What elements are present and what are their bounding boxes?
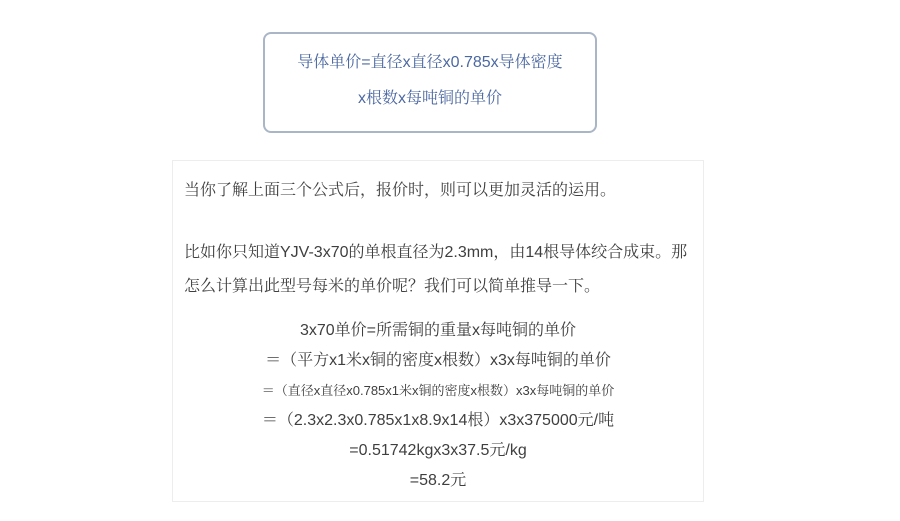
derivation-line: ＝（平方x1米x铜的密度x根数）x3x每吨铜的单价	[184, 346, 692, 376]
derivation-line: 3x70单价=所需铜的重量x每吨铜的单价	[184, 316, 692, 346]
intro-paragraph: 当你了解上面三个公式后，报价时，则可以更加灵活的运用。	[184, 174, 692, 208]
derivation: 3x70单价=所需铜的重量x每吨铜的单价＝（平方x1米x铜的密度x根数）x3x每…	[184, 316, 692, 496]
conductor-price-formula-box: 导体单价=直径x直径x0.785x导体密度 x根数x每吨铜的单价	[263, 32, 597, 133]
derivation-line: =58.2元	[184, 466, 692, 496]
formula-line-1: 导体单价=直径x直径x0.785x导体密度	[265, 45, 595, 81]
explanation-box: 当你了解上面三个公式后，报价时，则可以更加灵活的运用。 比如你只知道YJV-3x…	[172, 160, 704, 502]
example-paragraph: 比如你只知道YJV-3x70的单根直径为2.3mm，由14根导体绞合成束。那怎么…	[184, 236, 692, 304]
derivation-line: ＝（2.3x2.3x0.785x1x8.9x14根）x3x375000元/吨	[184, 406, 692, 436]
document-page: 导体单价=直径x直径x0.785x导体密度 x根数x每吨铜的单价 当你了解上面三…	[0, 0, 900, 521]
derivation-line: ＝（直径x直径x0.785x1米x铜的密度x根数）x3x每吨铜的单价	[184, 376, 692, 406]
formula-line-2: x根数x每吨铜的单价	[265, 81, 595, 117]
derivation-line: =0.51742kgx3x37.5元/kg	[184, 436, 692, 466]
